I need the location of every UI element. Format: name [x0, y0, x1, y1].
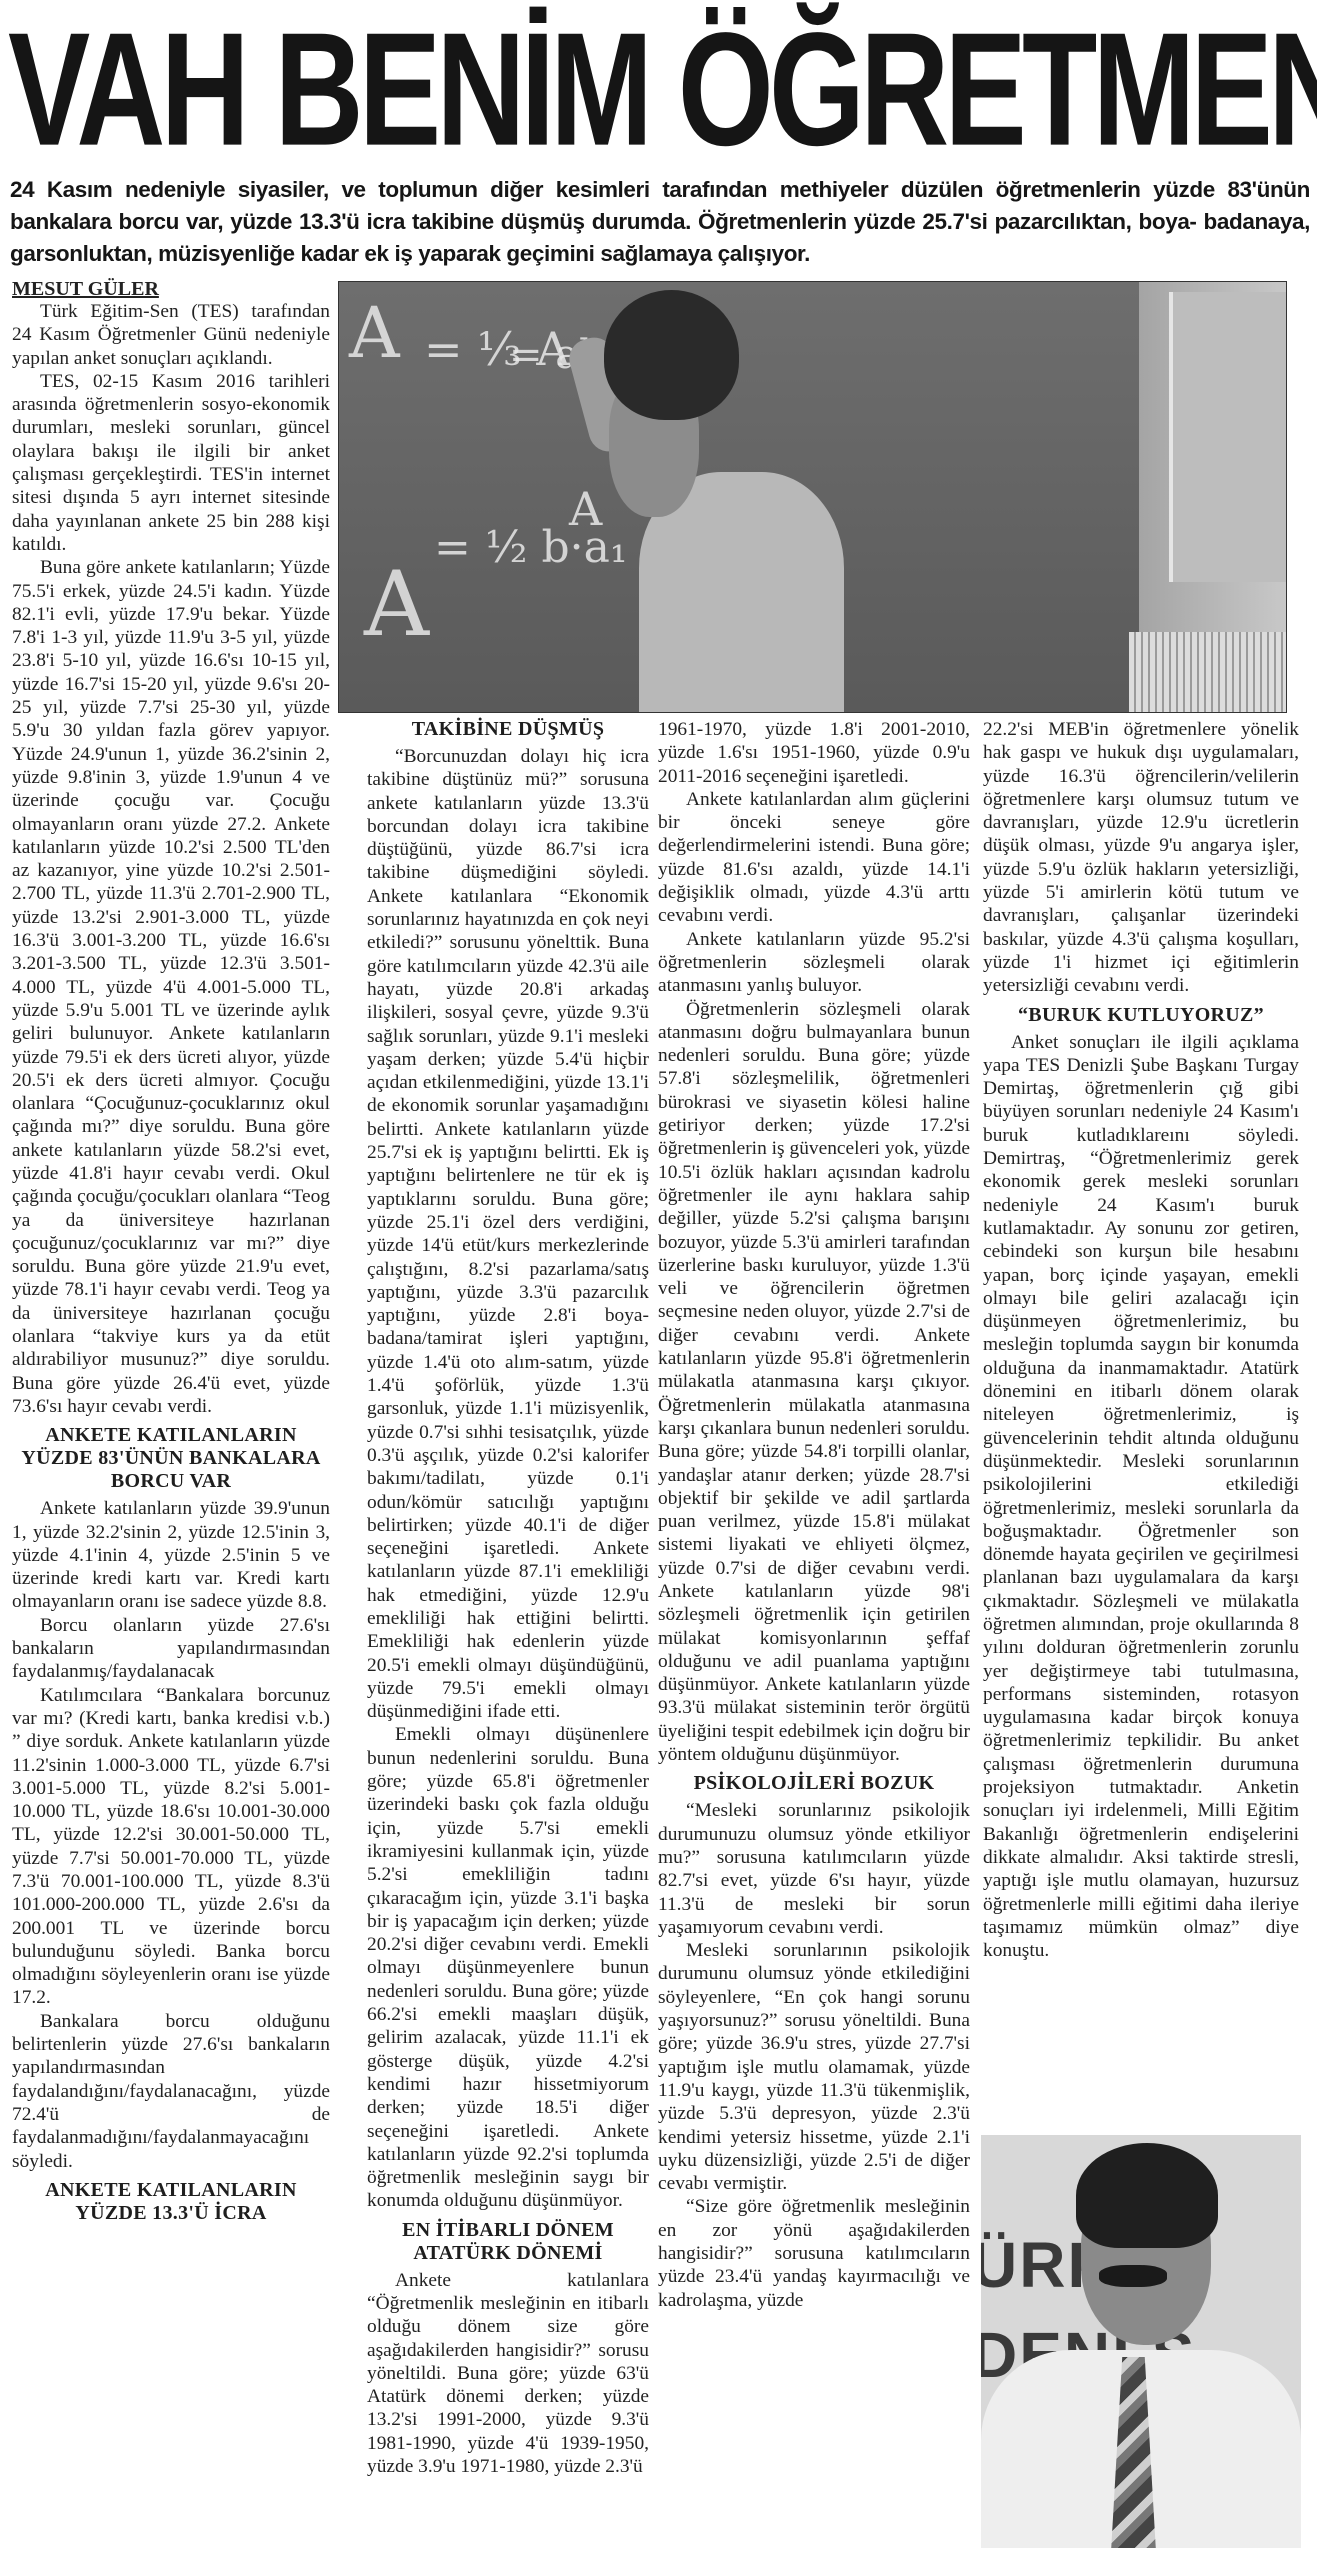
subheading-debt: ANKETE KATILANLARIN YÜZDE 83'ÜNÜN BANKAL…: [12, 1424, 330, 1493]
turgay-demirtas-portrait-photo: ÜRK Tİ DENİ Ş: [981, 2135, 1301, 2548]
teacher-hair: [604, 290, 739, 420]
column-3: 1961-1970, yüzde 1.8'i 2001-2010, yüzde …: [658, 718, 970, 2312]
column-4: 22.2'si MEB'in öğretmenlere yönelik hak …: [983, 718, 1299, 1962]
column-1: MESUT GÜLER Türk Eğitim-Sen (TES) tarafı…: [12, 278, 330, 2229]
byline: MESUT GÜLER: [12, 278, 330, 300]
chalk-writing: A: [364, 552, 429, 657]
subheading-enforcement-cont: TAKİBİNE DÜŞMÜŞ: [367, 718, 649, 741]
paragraph: Anket sonuçları ile ilgili açıklama yapa…: [983, 1031, 1299, 1963]
paragraph: Ankete katılanların yüzde 39.9'unun 1, y…: [12, 1497, 330, 1613]
chalk-writing: A: [349, 292, 400, 374]
paragraph: TES, 02-15 Kasım 2016 tarihleri arasında…: [12, 370, 330, 556]
paragraph: “Size göre öğretmenlik mesleğinin en zor…: [658, 2195, 970, 2311]
paragraph: Katılımcılara “Bankalara borcunuz var mı…: [12, 1684, 330, 2010]
paragraph: Türk Eğitim-Sen (TES) tarafından 24 Kası…: [12, 300, 330, 370]
teacher-at-chalkboard-photo: A = ¹⁄₃ A = ab/3 A = ½ b·a₁ A: [338, 281, 1287, 713]
paragraph: “Borcunuzdan dolayı hiç icra takibine dü…: [367, 745, 649, 1723]
subheading-quote: “BURUK KUTLUYORUZ”: [983, 1004, 1299, 1027]
paragraph: Emekli olmayı düşünenlere bunun nedenler…: [367, 1723, 649, 2212]
paragraph: 1961-1970, yüzde 1.8'i 2001-2010, yüzde …: [658, 718, 970, 788]
column-2: TAKİBİNE DÜŞMÜŞ “Borcunuzdan dolayı hiç …: [367, 718, 649, 2478]
paragraph: Borcu olanların yüzde 27.6'sı bankaların…: [12, 1614, 330, 1684]
paragraph: “Mesleki sorunlarınız psikolojik durumun…: [658, 1799, 970, 1939]
paragraph: Ankete katılanların yüzde 95.2'si öğretm…: [658, 928, 970, 998]
chalk-writing: A: [569, 482, 602, 536]
paragraph: Buna göre ankete katılanların; Yüzde 75.…: [12, 556, 330, 1418]
radiator: [1129, 632, 1286, 712]
paragraph: Mesleki sorunlarının psikolojik durumunu…: [658, 1939, 970, 2195]
hair: [1076, 2143, 1218, 2248]
paragraph: 22.2'si MEB'in öğretmenlere yönelik hak …: [983, 718, 1299, 998]
paragraph: Ankete katılanlardan alım güçlerini bir …: [658, 788, 970, 928]
window: [1169, 292, 1287, 582]
mustache: [1099, 2265, 1167, 2287]
subheading-enforcement: ANKETE KATILANLARIN YÜZDE 13.3'Ü İCRA: [12, 2179, 330, 2225]
paragraph: Öğretmenlerin sözleşmeli olarak atanması…: [658, 998, 970, 1767]
paragraph: Bankalara borcu olduğunu belirtenlerin y…: [12, 2010, 330, 2173]
headline: VAH BENİM ÖĞRETMENİM: [8, 8, 1022, 171]
lead-paragraph: 24 Kasım nedeniyle siyasiler, ve toplumu…: [10, 174, 1310, 270]
paragraph: Ankete katılanlara “Öğretmenlik mesleğin…: [367, 2269, 649, 2479]
subheading-ataturk-era: EN İTİBARLI DÖNEM ATATÜRK DÖNEMİ: [367, 2219, 649, 2265]
subheading-psychology: PSİKOLOJİLERİ BOZUK: [658, 1772, 970, 1795]
